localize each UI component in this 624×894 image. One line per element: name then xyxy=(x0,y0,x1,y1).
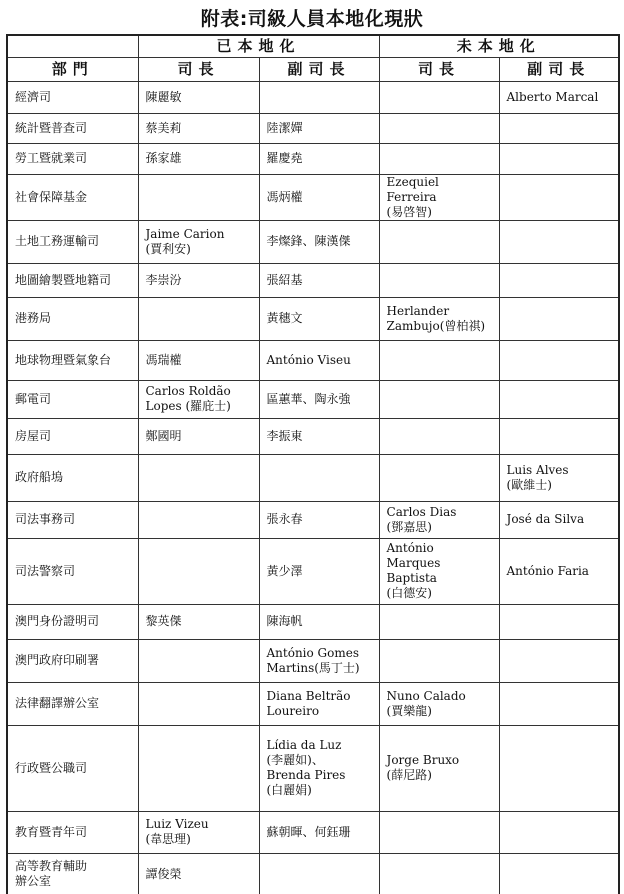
cell-text: 區蕙華、陶永強 xyxy=(267,392,372,407)
table-row: 澳門政府印刷署António GomesMartins(馬丁士) xyxy=(7,639,619,682)
cell-text: 經濟司 xyxy=(15,90,131,105)
department-cell: 司法事務司 xyxy=(7,501,138,538)
header-deputy-not-localized: 副司長 xyxy=(499,57,619,81)
cell-line: 張永春 xyxy=(267,512,372,527)
cell-text: 李崇汾 xyxy=(146,273,252,288)
cell-text: 馮瑞權 xyxy=(146,353,252,368)
cell-line: (鄧嘉思) xyxy=(387,520,492,535)
cell-text: 羅慶堯 xyxy=(267,151,372,166)
deputy-not-localized-cell xyxy=(499,725,619,811)
cell-text: 地球物理暨氣象台 xyxy=(15,353,131,368)
cell-text: 澳門政府印刷署 xyxy=(15,653,131,668)
director-localized-cell xyxy=(138,454,259,501)
cell-line: 張紹基 xyxy=(267,273,372,288)
table-row: 郵電司Carlos RoldãoLopes (羅庇士)區蕙華、陶永強 xyxy=(7,380,619,418)
cell-text: António GomesMartins(馬丁士) xyxy=(267,646,372,676)
cell-text: AntónioMarques Baptista(白德安) xyxy=(387,541,492,601)
deputy-not-localized-cell: Alberto Marcal xyxy=(499,81,619,113)
cell-text: Alberto Marcal xyxy=(507,90,612,105)
cell-text: 澳門身份證明司 xyxy=(15,614,131,629)
cell-line: 陳麗敏 xyxy=(146,90,252,105)
cell-line: 黃穗文 xyxy=(267,311,372,326)
cell-text: Nuno Calado(賈樂龍) xyxy=(387,689,492,719)
cell-text: Diana BeltrãoLoureiro xyxy=(267,689,372,719)
cell-text: 郵電司 xyxy=(15,392,131,407)
table-row: 法律翻譯辦公室Diana BeltrãoLoureiroNuno Calado(… xyxy=(7,682,619,725)
cell-line: (賈利安) xyxy=(146,242,252,257)
cell-line: (韋思理) xyxy=(146,832,252,847)
deputy-not-localized-cell xyxy=(499,340,619,380)
cell-text: António Viseu xyxy=(267,353,372,368)
cell-line: Martins(馬丁士) xyxy=(267,661,372,676)
deputy-localized-cell xyxy=(259,853,379,894)
cell-text: 譚俊榮 xyxy=(146,867,252,882)
cell-line: António xyxy=(387,541,492,556)
cell-line: 司法事務司 xyxy=(15,512,131,527)
cell-text: António Faria xyxy=(507,564,612,579)
cell-text: 李燦鋒、陳漢傑 xyxy=(267,234,372,249)
cell-line: 澳門身份證明司 xyxy=(15,614,131,629)
director-localized-cell: 李崇汾 xyxy=(138,263,259,297)
table-row: 司法警察司黃少澤AntónioMarques Baptista(白德安)Antó… xyxy=(7,538,619,604)
cell-line: Carlos Dias xyxy=(387,505,492,520)
cell-text: 高等教育輔助辦公室 xyxy=(15,859,131,889)
cell-text: José da Silva xyxy=(507,512,612,527)
cell-text: 鄭國明 xyxy=(146,429,252,444)
deputy-not-localized-cell xyxy=(499,682,619,725)
deputy-not-localized-cell xyxy=(499,297,619,340)
deputy-not-localized-cell xyxy=(499,639,619,682)
cell-text: 社會保障基金 xyxy=(15,190,131,205)
cell-line: Nuno Calado xyxy=(387,689,492,704)
deputy-localized-cell: Diana BeltrãoLoureiro xyxy=(259,682,379,725)
cell-line: Herlander xyxy=(387,304,492,319)
director-localized-cell xyxy=(138,297,259,340)
cell-line: (白麗娟) xyxy=(267,783,372,798)
header-director-localized: 司長 xyxy=(138,57,259,81)
deputy-localized-cell: 張永春 xyxy=(259,501,379,538)
director-localized-cell: 鄭國明 xyxy=(138,418,259,454)
deputy-not-localized-cell: António Faria xyxy=(499,538,619,604)
table-row: 社會保障基金馮炳權Ezequiel Ferreira(易啓智) xyxy=(7,174,619,220)
director-not-localized-cell: AntónioMarques Baptista(白德安) xyxy=(379,538,499,604)
director-not-localized-cell xyxy=(379,853,499,894)
director-localized-cell xyxy=(138,725,259,811)
director-localized-cell: Luiz Vizeu(韋思理) xyxy=(138,811,259,853)
department-cell: 土地工務運輸司 xyxy=(7,220,138,263)
deputy-not-localized-cell xyxy=(499,418,619,454)
table-row: 澳門身份證明司黎英傑陳海帆 xyxy=(7,604,619,639)
cell-line: 黎英傑 xyxy=(146,614,252,629)
table-row: 房屋司鄭國明李振東 xyxy=(7,418,619,454)
cell-text: Luiz Vizeu(韋思理) xyxy=(146,817,252,847)
director-localized-cell xyxy=(138,538,259,604)
cell-line: 勞工暨就業司 xyxy=(15,151,131,166)
director-localized-cell xyxy=(138,682,259,725)
department-cell: 教育暨青年司 xyxy=(7,811,138,853)
cell-line: 行政暨公職司 xyxy=(15,761,131,776)
cell-line: 統計暨普查司 xyxy=(15,121,131,136)
cell-line: 馮瑞權 xyxy=(146,353,252,368)
deputy-not-localized-cell xyxy=(499,113,619,143)
director-localized-cell: 譚俊榮 xyxy=(138,853,259,894)
page-title: 附表:司級人員本地化現狀 xyxy=(0,4,624,31)
deputy-localized-cell: 李燦鋒、陳漢傑 xyxy=(259,220,379,263)
department-cell: 司法警察司 xyxy=(7,538,138,604)
cell-line: Lídia da Luz xyxy=(267,738,372,753)
cell-text: Ezequiel Ferreira(易啓智) xyxy=(387,175,492,220)
deputy-not-localized-cell xyxy=(499,220,619,263)
cell-line: 區蕙華、陶永強 xyxy=(267,392,372,407)
cell-text: Carlos RoldãoLopes (羅庇士) xyxy=(146,384,252,414)
department-cell: 社會保障基金 xyxy=(7,174,138,220)
cell-text: 蘇朝暉、何鈺珊 xyxy=(267,825,372,840)
cell-line: 經濟司 xyxy=(15,90,131,105)
cell-text: 土地工務運輸司 xyxy=(15,234,131,249)
table-body: 經濟司陳麗敏Alberto Marcal統計暨普查司蔡美莉陸潔嬋勞工暨就業司孫家… xyxy=(7,81,619,894)
department-cell: 郵電司 xyxy=(7,380,138,418)
cell-line: (賈樂龍) xyxy=(387,704,492,719)
cell-line: 馮炳權 xyxy=(267,190,372,205)
cell-text: 行政暨公職司 xyxy=(15,761,131,776)
header-group-row: 已本地化 未本地化 xyxy=(7,35,619,57)
header-column-row: 部門 司長 副司長 司長 副司長 xyxy=(7,57,619,81)
cell-line: 地球物理暨氣象台 xyxy=(15,353,131,368)
cell-line: 李崇汾 xyxy=(146,273,252,288)
cell-line: 譚俊榮 xyxy=(146,867,252,882)
deputy-not-localized-cell xyxy=(499,174,619,220)
cell-line: Diana Beltrão xyxy=(267,689,372,704)
cell-line: Brenda Pires xyxy=(267,768,372,783)
deputy-localized-cell xyxy=(259,81,379,113)
director-localized-cell xyxy=(138,639,259,682)
deputy-not-localized-cell xyxy=(499,811,619,853)
deputy-localized-cell: Lídia da Luz(李麗如)、Brenda Pires(白麗娟) xyxy=(259,725,379,811)
cell-text: 房屋司 xyxy=(15,429,131,444)
cell-line: 司法警察司 xyxy=(15,564,131,579)
department-cell: 地圖繪製暨地籍司 xyxy=(7,263,138,297)
deputy-not-localized-cell xyxy=(499,853,619,894)
cell-line: Luiz Vizeu xyxy=(146,817,252,832)
cell-line: Luis Alves xyxy=(507,463,612,478)
department-cell: 澳門身份證明司 xyxy=(7,604,138,639)
cell-text: Luis Alves(歐維士) xyxy=(507,463,612,493)
deputy-not-localized-cell xyxy=(499,143,619,174)
cell-text: 張永春 xyxy=(267,512,372,527)
cell-line: 政府船塢 xyxy=(15,470,131,485)
cell-line: José da Silva xyxy=(507,512,612,527)
cell-text: 司法事務司 xyxy=(15,512,131,527)
department-cell: 澳門政府印刷署 xyxy=(7,639,138,682)
cell-line: (歐維士) xyxy=(507,478,612,493)
cell-line: Alberto Marcal xyxy=(507,90,612,105)
cell-text: 蔡美莉 xyxy=(146,121,252,136)
director-not-localized-cell xyxy=(379,418,499,454)
cell-text: 孫家雄 xyxy=(146,151,252,166)
director-localized-cell: 孫家雄 xyxy=(138,143,259,174)
cell-line: Jorge Bruxo xyxy=(387,753,492,768)
cell-line: 黃少澤 xyxy=(267,564,372,579)
deputy-localized-cell: 陳海帆 xyxy=(259,604,379,639)
cell-line: (薛尼路) xyxy=(387,768,492,783)
cell-line: António Faria xyxy=(507,564,612,579)
cell-line: 郵電司 xyxy=(15,392,131,407)
director-not-localized-cell xyxy=(379,81,499,113)
department-cell: 法律翻譯辦公室 xyxy=(7,682,138,725)
table-row: 港務局黃穗文HerlanderZambujo(曾柏祺) xyxy=(7,297,619,340)
director-not-localized-cell xyxy=(379,263,499,297)
cell-text: 陸潔嬋 xyxy=(267,121,372,136)
department-cell: 經濟司 xyxy=(7,81,138,113)
cell-text: 地圖繪製暨地籍司 xyxy=(15,273,131,288)
cell-line: 教育暨青年司 xyxy=(15,825,131,840)
director-not-localized-cell xyxy=(379,454,499,501)
deputy-localized-cell: 羅慶堯 xyxy=(259,143,379,174)
cell-line: 羅慶堯 xyxy=(267,151,372,166)
director-localized-cell: 黎英傑 xyxy=(138,604,259,639)
deputy-not-localized-cell xyxy=(499,263,619,297)
director-localized-cell xyxy=(138,501,259,538)
cell-line: António Gomes xyxy=(267,646,372,661)
cell-line: Lopes (羅庇士) xyxy=(146,399,252,414)
director-not-localized-cell xyxy=(379,113,499,143)
cell-line: 蘇朝暉、何鈺珊 xyxy=(267,825,372,840)
department-cell: 政府船塢 xyxy=(7,454,138,501)
director-not-localized-cell xyxy=(379,639,499,682)
director-not-localized-cell: Ezequiel Ferreira(易啓智) xyxy=(379,174,499,220)
deputy-not-localized-cell: José da Silva xyxy=(499,501,619,538)
cell-line: 法律翻譯辦公室 xyxy=(15,696,131,711)
director-not-localized-cell xyxy=(379,811,499,853)
deputy-localized-cell: 蘇朝暉、何鈺珊 xyxy=(259,811,379,853)
cell-text: 陳海帆 xyxy=(267,614,372,629)
cell-text: 法律翻譯辦公室 xyxy=(15,696,131,711)
cell-text: 張紹基 xyxy=(267,273,372,288)
table-row: 地圖繪製暨地籍司李崇汾張紹基 xyxy=(7,263,619,297)
cell-line: 高等教育輔助 xyxy=(15,859,131,874)
director-not-localized-cell xyxy=(379,604,499,639)
cell-line: (李麗如)、 xyxy=(267,753,372,768)
table-row: 高等教育輔助辦公室譚俊榮 xyxy=(7,853,619,894)
cell-text: 勞工暨就業司 xyxy=(15,151,131,166)
cell-line: 澳門政府印刷署 xyxy=(15,653,131,668)
cell-text: 黃穗文 xyxy=(267,311,372,326)
cell-text: 黃少澤 xyxy=(267,564,372,579)
header-director-not-localized: 司長 xyxy=(379,57,499,81)
department-cell: 高等教育輔助辦公室 xyxy=(7,853,138,894)
table-row: 行政暨公職司Lídia da Luz(李麗如)、Brenda Pires(白麗娟… xyxy=(7,725,619,811)
director-not-localized-cell xyxy=(379,380,499,418)
table-row: 統計暨普查司蔡美莉陸潔嬋 xyxy=(7,113,619,143)
header-group-localized: 已本地化 xyxy=(138,35,379,57)
director-localized-cell: 陳麗敏 xyxy=(138,81,259,113)
department-cell: 港務局 xyxy=(7,297,138,340)
director-localized-cell: Jaime Carion(賈利安) xyxy=(138,220,259,263)
cell-text: Lídia da Luz(李麗如)、Brenda Pires(白麗娟) xyxy=(267,738,372,798)
department-cell: 勞工暨就業司 xyxy=(7,143,138,174)
table-row: 地球物理暨氣象台馮瑞權António Viseu xyxy=(7,340,619,380)
department-cell: 地球物理暨氣象台 xyxy=(7,340,138,380)
deputy-not-localized-cell xyxy=(499,604,619,639)
department-cell: 房屋司 xyxy=(7,418,138,454)
deputy-localized-cell: 張紹基 xyxy=(259,263,379,297)
cell-line: 李燦鋒、陳漢傑 xyxy=(267,234,372,249)
table-row: 土地工務運輸司Jaime Carion(賈利安)李燦鋒、陳漢傑 xyxy=(7,220,619,263)
director-not-localized-cell: Jorge Bruxo(薛尼路) xyxy=(379,725,499,811)
cell-text: 政府船塢 xyxy=(15,470,131,485)
table-row: 經濟司陳麗敏Alberto Marcal xyxy=(7,81,619,113)
cell-text: Jorge Bruxo(薛尼路) xyxy=(387,753,492,783)
deputy-localized-cell: António GomesMartins(馬丁士) xyxy=(259,639,379,682)
cell-line: Loureiro xyxy=(267,704,372,719)
cell-text: 馮炳權 xyxy=(267,190,372,205)
cell-text: 統計暨普查司 xyxy=(15,121,131,136)
cell-text: 黎英傑 xyxy=(146,614,252,629)
cell-line: 土地工務運輸司 xyxy=(15,234,131,249)
cell-line: 鄭國明 xyxy=(146,429,252,444)
deputy-localized-cell: 李振東 xyxy=(259,418,379,454)
director-localized-cell: 馮瑞權 xyxy=(138,340,259,380)
cell-line: António Viseu xyxy=(267,353,372,368)
director-localized-cell: Carlos RoldãoLopes (羅庇士) xyxy=(138,380,259,418)
cell-line: 辦公室 xyxy=(15,874,131,889)
cell-line: 港務局 xyxy=(15,311,131,326)
deputy-localized-cell: 馮炳權 xyxy=(259,174,379,220)
director-not-localized-cell: Carlos Dias(鄧嘉思) xyxy=(379,501,499,538)
director-not-localized-cell: Nuno Calado(賈樂龍) xyxy=(379,682,499,725)
localization-table: 已本地化 未本地化 部門 司長 副司長 司長 副司長 經濟司陳麗敏Alberto… xyxy=(6,34,620,894)
table-row: 司法事務司張永春Carlos Dias(鄧嘉思)José da Silva xyxy=(7,501,619,538)
department-cell: 統計暨普查司 xyxy=(7,113,138,143)
cell-line: Jaime Carion xyxy=(146,227,252,242)
cell-text: 李振東 xyxy=(267,429,372,444)
table-row: 教育暨青年司Luiz Vizeu(韋思理)蘇朝暉、何鈺珊 xyxy=(7,811,619,853)
cell-line: 李振東 xyxy=(267,429,372,444)
cell-line: 陸潔嬋 xyxy=(267,121,372,136)
director-not-localized-cell xyxy=(379,340,499,380)
cell-text: 司法警察司 xyxy=(15,564,131,579)
deputy-localized-cell: 陸潔嬋 xyxy=(259,113,379,143)
header-department: 部門 xyxy=(7,57,138,81)
header-deputy-localized: 副司長 xyxy=(259,57,379,81)
cell-line: Zambujo(曾柏祺) xyxy=(387,319,492,334)
table-row: 勞工暨就業司孫家雄羅慶堯 xyxy=(7,143,619,174)
deputy-localized-cell: António Viseu xyxy=(259,340,379,380)
cell-text: HerlanderZambujo(曾柏祺) xyxy=(387,304,492,334)
cell-line: Ezequiel Ferreira xyxy=(387,175,492,205)
department-cell: 行政暨公職司 xyxy=(7,725,138,811)
director-localized-cell: 蔡美莉 xyxy=(138,113,259,143)
deputy-localized-cell: 黃少澤 xyxy=(259,538,379,604)
deputy-not-localized-cell: Luis Alves(歐維士) xyxy=(499,454,619,501)
cell-text: Carlos Dias(鄧嘉思) xyxy=(387,505,492,535)
deputy-not-localized-cell xyxy=(499,380,619,418)
director-localized-cell xyxy=(138,174,259,220)
cell-line: (白德安) xyxy=(387,586,492,601)
cell-line: 陳海帆 xyxy=(267,614,372,629)
director-not-localized-cell xyxy=(379,143,499,174)
table-row: 政府船塢Luis Alves(歐維士) xyxy=(7,454,619,501)
deputy-localized-cell: 黃穗文 xyxy=(259,297,379,340)
deputy-localized-cell: 區蕙華、陶永強 xyxy=(259,380,379,418)
header-group-not-localized: 未本地化 xyxy=(379,35,619,57)
cell-line: 地圖繪製暨地籍司 xyxy=(15,273,131,288)
director-not-localized-cell: HerlanderZambujo(曾柏祺) xyxy=(379,297,499,340)
cell-line: 蔡美莉 xyxy=(146,121,252,136)
cell-line: 孫家雄 xyxy=(146,151,252,166)
cell-text: 港務局 xyxy=(15,311,131,326)
header-blank xyxy=(7,35,138,57)
cell-line: (易啓智) xyxy=(387,205,492,220)
deputy-localized-cell xyxy=(259,454,379,501)
cell-line: 社會保障基金 xyxy=(15,190,131,205)
cell-text: 陳麗敏 xyxy=(146,90,252,105)
cell-line: Carlos Roldão xyxy=(146,384,252,399)
cell-line: Marques Baptista xyxy=(387,556,492,586)
director-not-localized-cell xyxy=(379,220,499,263)
cell-line: 房屋司 xyxy=(15,429,131,444)
cell-text: Jaime Carion(賈利安) xyxy=(146,227,252,257)
cell-text: 教育暨青年司 xyxy=(15,825,131,840)
